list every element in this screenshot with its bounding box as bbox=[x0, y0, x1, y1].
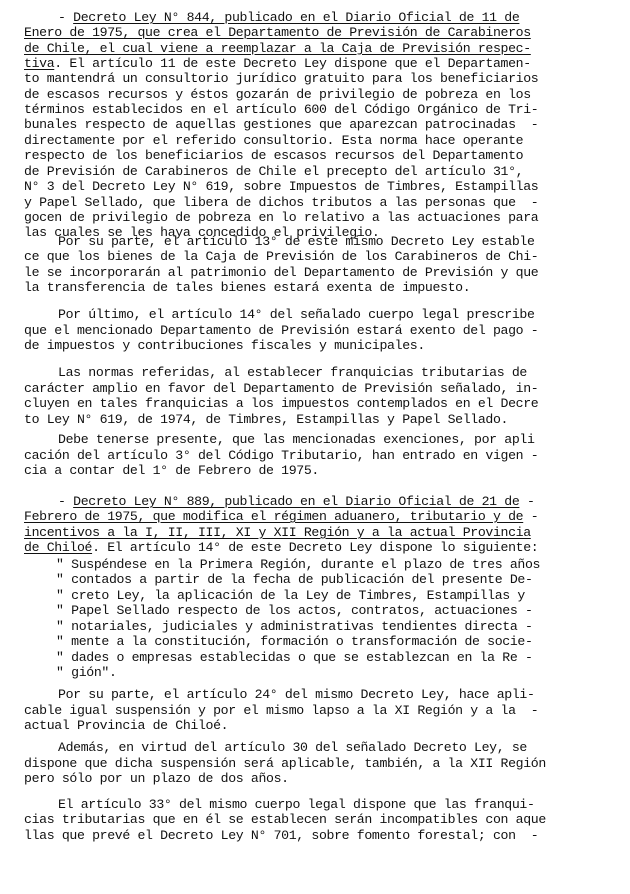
text-segment: to mantendrá un consultorio jurídico gra… bbox=[24, 71, 538, 86]
text-line: " creto Ley, la aplicación de la Ley de … bbox=[56, 588, 525, 603]
text-line: gocen de privilegio de pobreza en lo rel… bbox=[24, 210, 538, 225]
text-segment: " notariales, judiciales y administrativ… bbox=[56, 619, 533, 634]
text-line: Las normas referidas, al establecer fran… bbox=[58, 365, 527, 380]
text-segment: cable igual suspensión y por el mismo la… bbox=[24, 703, 538, 718]
text-segment: - bbox=[58, 494, 73, 509]
text-segment: Las normas referidas, al establecer fran… bbox=[58, 365, 527, 380]
text-segment: cia a contar del 1° de Febrero de 1975. bbox=[24, 463, 319, 478]
text-line: Enero de 1975, que crea el Departamento … bbox=[24, 25, 531, 40]
underlined-text: Decreto Ley N° 889, publicado en el Diar… bbox=[73, 494, 519, 509]
text-line: " Suspéndese en la Primera Región, duran… bbox=[56, 557, 540, 572]
underlined-text: incentivos a la I, II, III, XI y XII Reg… bbox=[24, 525, 531, 540]
text-line: cia a contar del 1° de Febrero de 1975. bbox=[24, 463, 319, 478]
text-line: to mantendrá un consultorio jurídico gra… bbox=[24, 71, 538, 86]
text-line: ce que los bienes de la Caja de Previsió… bbox=[24, 249, 538, 264]
text-segment: y Papel Sellado, que libera de dichos tr… bbox=[24, 195, 538, 210]
text-segment: actual Provincia de Chiloé. bbox=[24, 718, 228, 733]
text-segment: Por último, el artículo 14° del señalado… bbox=[58, 307, 535, 322]
text-line: directamente por el referido consultorio… bbox=[24, 133, 523, 148]
text-segment: ce que los bienes de la Caja de Previsió… bbox=[24, 249, 538, 264]
text-line: la transferencia de tales bienes estará … bbox=[24, 280, 470, 295]
text-segment: " Papel Sellado respecto de los actos, c… bbox=[56, 603, 533, 618]
text-line: N° 3 del Decreto Ley N° 619, sobre Impue… bbox=[24, 179, 538, 194]
text-segment: términos establecidos en el artículo 600… bbox=[24, 102, 538, 117]
text-line: Por su parte, el artículo 24° del mismo … bbox=[58, 687, 535, 702]
text-segment: - bbox=[519, 494, 534, 509]
text-segment: " gión". bbox=[56, 665, 117, 680]
text-line: - Decreto Ley N° 844, publicado en el Di… bbox=[58, 10, 519, 25]
text-line: " dades o empresas establecidas o que se… bbox=[56, 650, 533, 665]
text-line: respecto de los beneficiarios de escasos… bbox=[24, 148, 523, 163]
text-line: le se incorporarán al patrimonio del Dep… bbox=[24, 265, 538, 280]
text-line: El artículo 33° del mismo cuerpo legal d… bbox=[58, 797, 535, 812]
underlined-text: Decreto Ley N° 844, publicado en el Diar… bbox=[73, 10, 519, 25]
text-line: " Papel Sellado respecto de los actos, c… bbox=[56, 603, 533, 618]
text-segment: pero sólo por un plazo de dos años. bbox=[24, 771, 289, 786]
underlined-text: tiva bbox=[24, 56, 54, 71]
text-segment: cación del artículo 3° del Código Tribut… bbox=[24, 448, 538, 463]
text-segment: " Suspéndese en la Primera Región, duran… bbox=[56, 557, 540, 572]
text-line: Debe tenerse presente, que las mencionad… bbox=[58, 432, 535, 447]
text-line: incentivos a la I, II, III, XI y XII Reg… bbox=[24, 525, 531, 540]
text-segment: de impuestos y contribuciones fiscales y… bbox=[24, 338, 425, 353]
text-segment: Por su parte, el artículo 24° del mismo … bbox=[58, 687, 535, 702]
text-line: tiva. El artículo 11 de este Decreto Ley… bbox=[24, 56, 531, 71]
text-line: de impuestos y contribuciones fiscales y… bbox=[24, 338, 425, 353]
text-line: pero sólo por un plazo de dos años. bbox=[24, 771, 289, 786]
text-segment: llas que prevé el Decreto Ley N° 701, so… bbox=[24, 828, 538, 843]
text-line: " notariales, judiciales y administrativ… bbox=[56, 619, 533, 634]
text-line: de Chiloé. El artículo 14° de este Decre… bbox=[24, 540, 538, 555]
text-line: bunales respecto de aquellas gestiones q… bbox=[24, 117, 538, 132]
text-segment: de escasos recursos y éstos gozarán de p… bbox=[24, 87, 531, 102]
text-segment: directamente por el referido consultorio… bbox=[24, 133, 523, 148]
text-segment: Por su parte, el artículo 13° de este mi… bbox=[58, 234, 535, 249]
text-line: actual Provincia de Chiloé. bbox=[24, 718, 228, 733]
text-line: " mente a la constitución, formación o t… bbox=[56, 634, 533, 649]
text-segment: - bbox=[523, 509, 538, 524]
text-segment: Debe tenerse presente, que las mencionad… bbox=[58, 432, 535, 447]
text-line: carácter amplio en favor del Departament… bbox=[24, 381, 538, 396]
text-line: Por su parte, el artículo 13° de este mi… bbox=[58, 234, 535, 249]
text-segment: El artículo 33° del mismo cuerpo legal d… bbox=[58, 797, 535, 812]
text-segment: . El artículo 14° de este Decreto Ley di… bbox=[92, 540, 538, 555]
document-page: - Decreto Ley N° 844, publicado en el Di… bbox=[0, 0, 630, 894]
text-line: cación del artículo 3° del Código Tribut… bbox=[24, 448, 538, 463]
text-segment: de Previsión de Carabineros de Chile el … bbox=[24, 164, 523, 179]
text-line: cluyen en tales franquicias a los impues… bbox=[24, 396, 538, 411]
text-line: llas que prevé el Decreto Ley N° 701, so… bbox=[24, 828, 538, 843]
text-line: - Decreto Ley N° 889, publicado en el Di… bbox=[58, 494, 535, 509]
text-line: to Ley N° 619, de 1974, de Timbres, Esta… bbox=[24, 412, 508, 427]
text-segment: cluyen en tales franquicias a los impues… bbox=[24, 396, 538, 411]
text-segment: " contados a partir de la fecha de publi… bbox=[56, 572, 533, 587]
text-segment: gocen de privilegio de pobreza en lo rel… bbox=[24, 210, 538, 225]
text-segment: le se incorporarán al patrimonio del Dep… bbox=[24, 265, 538, 280]
text-segment: bunales respecto de aquellas gestiones q… bbox=[24, 117, 538, 132]
text-segment: to Ley N° 619, de 1974, de Timbres, Esta… bbox=[24, 412, 508, 427]
text-line: términos establecidos en el artículo 600… bbox=[24, 102, 538, 117]
text-line: Además, en virtud del artículo 30 del se… bbox=[58, 740, 527, 755]
text-line: Febrero de 1975, que modifica el régimen… bbox=[24, 509, 538, 524]
text-line: que el mencionado Departamento de Previs… bbox=[24, 323, 538, 338]
text-line: " gión". bbox=[56, 665, 117, 680]
text-line: " contados a partir de la fecha de publi… bbox=[56, 572, 533, 587]
text-segment: que el mencionado Departamento de Previs… bbox=[24, 323, 538, 338]
text-line: de Previsión de Carabineros de Chile el … bbox=[24, 164, 523, 179]
text-line: y Papel Sellado, que libera de dichos tr… bbox=[24, 195, 538, 210]
text-segment: . El artículo 11 de este Decreto Ley dis… bbox=[54, 56, 531, 71]
underlined-text: Enero de 1975, que crea el Departamento … bbox=[24, 25, 531, 40]
underlined-text: de Chiloé bbox=[24, 540, 92, 555]
text-line: cias tributarias que en él se establecen… bbox=[24, 812, 546, 827]
underlined-text: de Chile, el cual viene a reemplazar a l… bbox=[24, 41, 531, 56]
text-segment: - bbox=[58, 10, 73, 25]
text-segment: respecto de los beneficiarios de escasos… bbox=[24, 148, 523, 163]
text-segment: dispone que dicha suspensión será aplica… bbox=[24, 756, 546, 771]
text-line: cable igual suspensión y por el mismo la… bbox=[24, 703, 538, 718]
underlined-text: Febrero de 1975, que modifica el régimen… bbox=[24, 509, 523, 524]
text-segment: " mente a la constitución, formación o t… bbox=[56, 634, 533, 649]
text-segment: " dades o empresas establecidas o que se… bbox=[56, 650, 533, 665]
text-segment: " creto Ley, la aplicación de la Ley de … bbox=[56, 588, 525, 603]
text-segment: cias tributarias que en él se establecen… bbox=[24, 812, 546, 827]
text-segment: Además, en virtud del artículo 30 del se… bbox=[58, 740, 527, 755]
text-segment: la transferencia de tales bienes estará … bbox=[24, 280, 470, 295]
text-line: de escasos recursos y éstos gozarán de p… bbox=[24, 87, 531, 102]
text-line: de Chile, el cual viene a reemplazar a l… bbox=[24, 41, 531, 56]
text-line: Por último, el artículo 14° del señalado… bbox=[58, 307, 535, 322]
text-segment: N° 3 del Decreto Ley N° 619, sobre Impue… bbox=[24, 179, 538, 194]
text-line: dispone que dicha suspensión será aplica… bbox=[24, 756, 546, 771]
text-segment: carácter amplio en favor del Departament… bbox=[24, 381, 538, 396]
